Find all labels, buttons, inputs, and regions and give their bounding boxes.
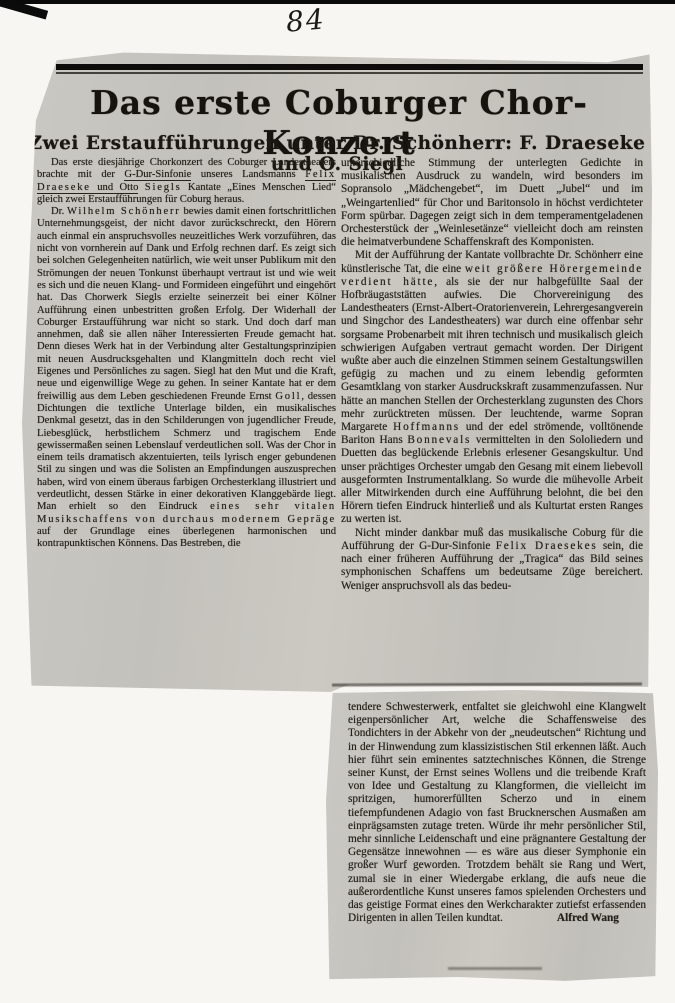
article-column-left: Das erste diesjährige Chorkonzert des Co… — [37, 157, 336, 689]
article-column-bottom: tendere Schwesterwerk, entfaltet sie gle… — [348, 701, 646, 963]
text-segment: Siegls — [145, 182, 182, 193]
text-segment: bewies damit einen fortschrittlichen Unt… — [37, 206, 336, 401]
text-segment: G-Dur-Sinfonie — [124, 169, 191, 181]
text-segment: Felix Draesekes — [496, 540, 598, 552]
scan-edge-bar — [0, 0, 675, 4]
text-segment: Hoffmanns — [393, 421, 460, 433]
text-segment: , dessen Dichtungen die textliche Unterl… — [37, 391, 336, 513]
text-segment: , als sie der nur halbgefüllte Saal der … — [341, 276, 643, 433]
text-segment: unterschiedliche Stimmung der unterlegte… — [341, 157, 643, 248]
paragraph: tendere Schwesterwerk, entfaltet sie gle… — [348, 701, 646, 925]
text-segment: Dr. — [51, 206, 67, 217]
newspaper-clipping-lower: tendere Schwesterwerk, entfaltet sie gle… — [326, 690, 658, 982]
text-segment: tendere Schwesterwerk, entfaltet sie gle… — [348, 701, 646, 924]
handwritten-page-number: 84 — [285, 2, 327, 38]
text-segment: unseres Landsmanns — [191, 169, 305, 180]
newspaper-clipping-upper: Das erste Coburger Chor-Konzert Zwei Ers… — [22, 50, 652, 692]
paragraph: Mit der Aufführung der Kantate vollbrach… — [341, 249, 643, 526]
article-column-right: unterschiedliche Stimmung der unterlegte… — [341, 157, 643, 689]
text-segment: Goll — [275, 391, 301, 402]
paragraph: Nicht minder dankbar muß das musikalisch… — [341, 527, 643, 593]
text-segment: Wilhelm Schönherr — [67, 206, 181, 217]
paragraph: Das erste diesjährige Chorkonzert des Co… — [37, 157, 336, 206]
masthead-rule-thin — [56, 72, 643, 74]
text-segment: Bonnevals — [407, 434, 471, 446]
text-segment: vermittelten in den Sololiedern und Duet… — [341, 434, 643, 525]
paragraph: unterschiedliche Stimmung der unterlegte… — [341, 157, 643, 249]
byline: Alfred Wang — [557, 912, 619, 924]
text-segment: und Otto — [91, 182, 139, 194]
masthead-rule-thick — [56, 64, 643, 70]
paragraph: Dr. Wilhelm Schönherr bewies damit einen… — [37, 206, 336, 550]
text-segment: auf der Grundlage eines überlegenen harm… — [37, 526, 336, 549]
print-smudge — [448, 967, 542, 970]
